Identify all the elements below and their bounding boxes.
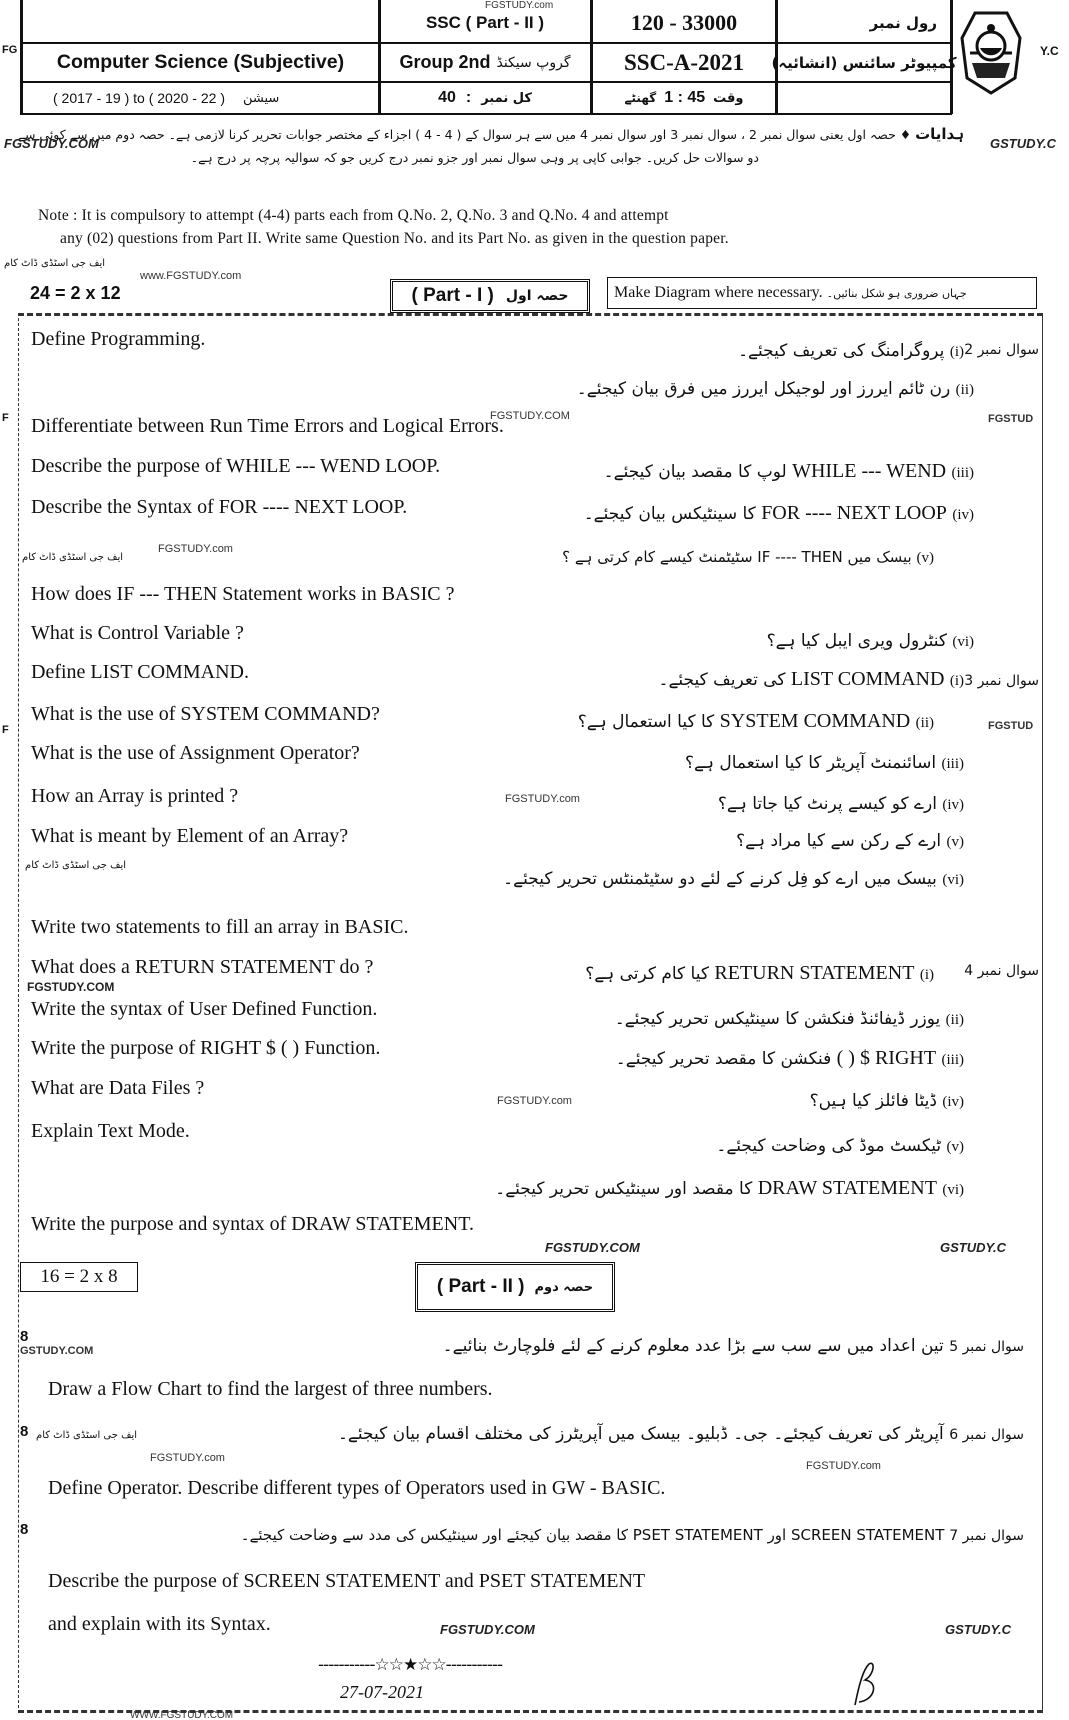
q4-part-iii: Write the purpose of RIGHT $ ( ) Functio… bbox=[31, 1037, 380, 1060]
watermark: ایف جی اسٹڈی ڈاٹ کام bbox=[25, 860, 126, 871]
session-range: ( 2017 - 19 ) to ( 2020 - 22 ) bbox=[53, 90, 225, 106]
watermark: F bbox=[2, 724, 9, 736]
q3-part-iv: How an Array is printed ? bbox=[31, 785, 238, 808]
q6-marks: 8 bbox=[20, 1423, 28, 1440]
q4-part-i: What does a RETURN STATEMENT do ? bbox=[31, 956, 373, 979]
total-marks-label: کل نمبر bbox=[481, 91, 532, 106]
q7-marks: 8 bbox=[20, 1521, 28, 1538]
diagram-note: Make Diagram where necessary. bbox=[614, 284, 823, 302]
question-2-label: سوال نمبر 2 bbox=[964, 342, 1039, 358]
q5-urdu: سوال نمبر 5 تین اعداد میں سے سب سے بڑا ع… bbox=[443, 1335, 1024, 1356]
q7-text-line1: Describe the purpose of SCREEN STATEMENT… bbox=[48, 1570, 645, 1593]
time-label: وقت bbox=[713, 91, 743, 106]
part2-title-urdu: حصہ دوم bbox=[535, 1280, 594, 1295]
watermark: GSTUDY.C bbox=[940, 1240, 1006, 1255]
q3-part-v: What is meant by Element of an Array? bbox=[31, 825, 348, 848]
q2-part-v: How does IF --- THEN Statement works in … bbox=[31, 583, 454, 606]
subject-english: Computer Science (Subjective) bbox=[23, 44, 378, 81]
q4-part-v-urdu: (v) ٹیکسٹ موڈ کی وضاحت کیجئے۔ bbox=[716, 1135, 964, 1156]
ssc-part: SSC ( Part - II ) bbox=[380, 6, 590, 40]
question-3-label: سوال نمبر 3 bbox=[964, 673, 1039, 689]
instructions-text: حصہ اول یعنی سوال نمبر 2 ، سوال نمبر 3 ا… bbox=[18, 127, 896, 142]
part2-title-box: ( Part - II ) حصہ دوم bbox=[415, 1262, 615, 1312]
watermark: GSTUDY.C bbox=[990, 136, 1056, 151]
watermark: FGSTUDY.COM bbox=[545, 1240, 640, 1255]
total-marks: 40 bbox=[438, 89, 456, 107]
q2-part-ii: Differentiate between Run Time Errors an… bbox=[31, 415, 504, 438]
session-cell: ( 2017 - 19 ) to ( 2020 - 22 ) سیشن bbox=[23, 83, 378, 113]
q5-marks: 8 bbox=[20, 1328, 28, 1345]
q4-part-ii: Write the syntax of User Defined Functio… bbox=[31, 998, 377, 1021]
part1-title-urdu: حصہ اول bbox=[506, 288, 569, 304]
q6-text: Define Operator. Describe different type… bbox=[48, 1477, 665, 1500]
q3-part-ii-urdu: (ii) SYSTEM COMMAND کا کیا استعمال ہے؟ bbox=[578, 710, 934, 733]
board-emblem-icon bbox=[960, 8, 1022, 98]
q2-part-iii: Describe the purpose of WHILE --- WEND L… bbox=[31, 455, 440, 478]
watermark: F bbox=[2, 412, 9, 424]
instructions-label: ہدایات bbox=[915, 125, 964, 143]
exam-code: SSC-A-2021 bbox=[593, 44, 775, 81]
q4-part-ii-urdu: (ii) یوزر ڈیفائنڈ فنکشن کا سینٹیکس تحریر… bbox=[615, 1008, 964, 1029]
watermark: FGSTUDY.com bbox=[158, 543, 233, 555]
total-marks-cell: 40 : کل نمبر bbox=[380, 83, 590, 113]
time-unit: گھنٹے bbox=[624, 91, 656, 105]
paper-code: 120 - 33000 bbox=[593, 6, 775, 40]
q3-part-iii: What is the use of Assignment Operator? bbox=[31, 742, 360, 765]
q4-part-iv-urdu: (iv) ڈیٹا فائلز کیا ہیں؟ bbox=[810, 1090, 964, 1111]
end-of-paper-stars: -----------☆☆★☆☆----------- bbox=[318, 1655, 502, 1675]
q2-part-i-urdu: (i) پروگرامنگ کی تعریف کیجئے۔ bbox=[738, 340, 964, 361]
q6-urdu: سوال نمبر 6 آپریٹر کی تعریف کیجئے۔ جی۔ ڈ… bbox=[338, 1423, 1024, 1444]
q4-part-vi-urdu: (vi) DRAW STATEMENT کا مقصد اور سینٹیکس … bbox=[495, 1177, 964, 1200]
watermark: FGSTUD bbox=[988, 720, 1033, 732]
watermark: WWW.FGSTUDY.COM bbox=[130, 1710, 233, 1720]
q7-text-line2: and explain with its Syntax. bbox=[48, 1613, 271, 1636]
watermark: FGSTUD bbox=[988, 413, 1033, 425]
group-label-urdu: گروپ سیکنڈ bbox=[496, 55, 570, 71]
q2-part-v-urdu: (v) بیسک میں IF ---- THEN سٹیٹمنٹ کیسے ک… bbox=[562, 548, 934, 567]
q5-text: Draw a Flow Chart to find the largest of… bbox=[48, 1378, 493, 1401]
q7-urdu: سوال نمبر 7 SCREEN STATEMENT اور PSET ST… bbox=[241, 1526, 1024, 1544]
q3-part-ii: What is the use of SYSTEM COMMAND? bbox=[31, 703, 380, 726]
instructions-urdu-line2: دو سوالات حل کریں۔ جوابی کاپی پر وہی سوا… bbox=[191, 150, 759, 165]
q2-part-vi-urdu: (vi) کنٹرول ویری ایبل کیا ہے؟ bbox=[767, 630, 974, 651]
header-row-line bbox=[20, 113, 952, 115]
q4-part-iv: What are Data Files ? bbox=[31, 1077, 204, 1100]
diagram-note-box: Make Diagram where necessary. جہاں ضروری… bbox=[607, 277, 1037, 309]
signature-icon bbox=[845, 1660, 885, 1710]
watermark: FGSTUDY.com bbox=[497, 1095, 572, 1107]
watermark: GSTUDY.COM bbox=[20, 1345, 93, 1357]
handwritten-date: 27-07-2021 bbox=[340, 1682, 424, 1703]
q2-part-iv-urdu: (iv) FOR ---- NEXT LOOP کا سینٹیکس بیان … bbox=[584, 502, 974, 525]
watermark: ایف جی اسٹڈی ڈاٹ کام bbox=[4, 258, 105, 269]
part2-marks-box: 16 = 2 x 8 bbox=[20, 1262, 138, 1292]
q3-part-iii-urdu: (iii) اسائنمنٹ آپریٹر کا کیا استعمال ہے؟ bbox=[685, 752, 964, 773]
roll-number-label: رول نمبر bbox=[778, 6, 943, 40]
watermark: FGSTUDY.com bbox=[505, 793, 580, 805]
q4-part-v: Explain Text Mode. bbox=[31, 1120, 190, 1143]
q3-part-i-urdu: (i) LIST COMMAND کی تعریف کیجئے۔ bbox=[659, 668, 965, 691]
diagram-note-urdu: جہاں ضروری ہو شکل بنائیں۔ bbox=[827, 287, 967, 300]
watermark: FG bbox=[2, 44, 17, 56]
q2-part-i: Define Programming. bbox=[31, 328, 205, 351]
time-cell: گھنٹے 1 : 45 وقت bbox=[593, 83, 775, 113]
watermark: FGSTUDY.com bbox=[806, 1460, 881, 1472]
note-line-1: Note : It is compulsory to attempt (4-4)… bbox=[38, 207, 669, 225]
watermark: ایف جی اسٹڈی ڈاٹ کام bbox=[22, 552, 123, 563]
note-line-2: any (02) questions from Part II. Write s… bbox=[60, 230, 729, 248]
subject-urdu: کمپیوٹر سائنس (انشائیہ) bbox=[778, 44, 950, 81]
group-label: Group 2nd bbox=[399, 52, 490, 73]
q3-part-i: Define LIST COMMAND. bbox=[31, 661, 249, 684]
time-value: 1 : 45 bbox=[664, 89, 705, 107]
q3-part-v-urdu: (v) ارے کے رکن سے کیا مراد ہے؟ bbox=[736, 830, 964, 851]
q3-part-vi: Write two statements to fill an array in… bbox=[31, 916, 408, 939]
group-cell: Group 2nd گروپ سیکنڈ bbox=[380, 44, 590, 81]
q3-part-vi-urdu: (vi) بیسک میں ارے کو فِل کرنے کے لئے دو … bbox=[503, 868, 964, 889]
q3-part-iv-urdu: (iv) ارے کو کیسے پرنٹ کیا جاتا ہے؟ bbox=[718, 793, 964, 814]
watermark: FGSTUDY.COM bbox=[27, 980, 114, 994]
part1-title: ( Part - I ) bbox=[412, 285, 494, 307]
part1-title-box: ( Part - I ) حصہ اول bbox=[390, 279, 590, 313]
watermark: Y.C bbox=[1040, 44, 1059, 58]
question-4-label: سوال نمبر 4 bbox=[964, 963, 1039, 979]
watermark: FGSTUDY.COM bbox=[4, 136, 99, 151]
q2-part-iii-urdu: (iii) WHILE --- WEND لوپ کا مقصد بیان کی… bbox=[604, 460, 974, 483]
watermark: FGSTUDY.COM bbox=[440, 1622, 535, 1637]
part2-title: ( Part - II ) bbox=[437, 1276, 525, 1298]
session-label-urdu: سیشن bbox=[243, 91, 279, 106]
q4-part-vi: Write the purpose and syntax of DRAW STA… bbox=[31, 1213, 474, 1236]
watermark: FGSTUDY.com bbox=[150, 1452, 225, 1464]
part1-marks: 24 = 2 x 12 bbox=[30, 283, 121, 304]
q2-part-vi: What is Control Variable ? bbox=[31, 622, 244, 645]
instructions-urdu-line1: ہدایات ♦ حصہ اول یعنی سوال نمبر 2 ، سوال… bbox=[18, 125, 964, 143]
q4-part-i-urdu: (i) RETURN STATEMENT کیا کام کرتی ہے؟ bbox=[585, 962, 934, 985]
q2-part-iv: Describe the Syntax of FOR ---- NEXT LOO… bbox=[31, 496, 407, 519]
watermark: GSTUDY.C bbox=[945, 1622, 1011, 1637]
q2-part-ii-urdu: (ii) رن ٹائم ایررز اور لوجیکل ایررز میں … bbox=[577, 378, 974, 399]
part2-marks: 16 = 2 x 8 bbox=[40, 1266, 117, 1288]
watermark: ایف جی اسٹڈی ڈاٹ کام bbox=[36, 1430, 137, 1441]
watermark: www.FGSTUDY.com bbox=[140, 270, 241, 282]
q4-part-iii-urdu: (iii) RIGHT $ ( ) فنکشن کا مقصد تحریر کی… bbox=[616, 1047, 964, 1070]
